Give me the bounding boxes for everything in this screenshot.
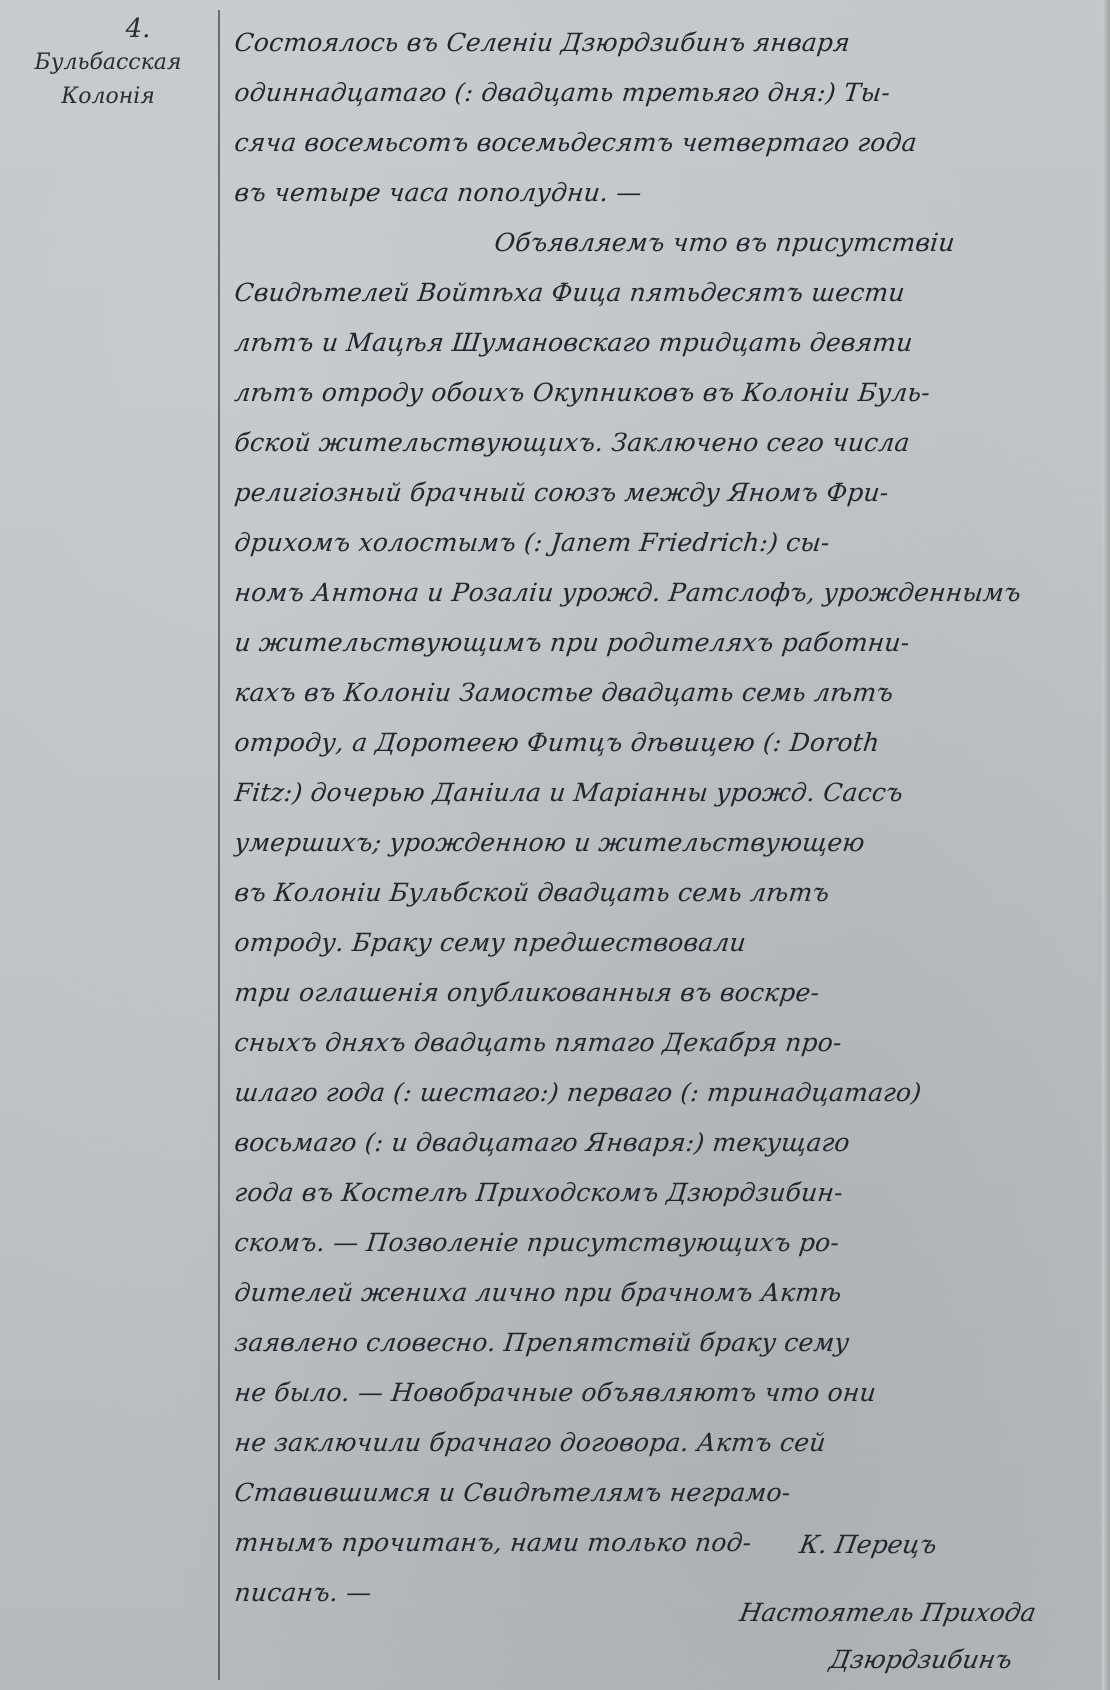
record-line: шлаго года (: шестаго:) перваго (: трина… <box>232 1068 1097 1118</box>
record-line: тнымъ прочитанъ, нами только под- <box>232 1518 1097 1568</box>
record-line: одиннадцатаго (: двадцать третьяго дня:)… <box>232 68 1097 118</box>
record-line: номъ Антона и Розаліи урожд. Ратслофъ, у… <box>232 568 1097 618</box>
record-line: кахъ въ Колоніи Замостье двадцать семь л… <box>232 668 1097 718</box>
page-edge <box>1102 0 1110 1690</box>
record-line: умершихъ; урожденною и жительствующею <box>232 818 1097 868</box>
record-line: восьмаго (: и двадцатаго Января:) текуща… <box>232 1118 1097 1168</box>
record-line: скомъ. — Позволеніе присутствующихъ ро- <box>232 1218 1097 1268</box>
record-line: отроду, а Доротеею Фитцъ дѣвицею (: Doro… <box>232 718 1097 768</box>
record-line: дрихомъ холостымъ (: Janem Friedrich:) с… <box>232 518 1097 568</box>
record-line: въ Колоніи Бульбской двадцать семь лѣтъ <box>232 868 1097 918</box>
record-line: заявлено словесно. Препятствій браку сем… <box>232 1318 1097 1368</box>
record-line: сяча восемьсотъ восемьдесятъ четвертаго … <box>232 118 1097 168</box>
signature-title-line-1: Настоятель Прихода <box>737 1598 1038 1627</box>
record-line: бской жительствующихъ. Заключено сего чи… <box>232 418 1097 468</box>
entry-number: 4. <box>18 14 198 44</box>
signature-title-line-2: Дзюрдзибинъ <box>827 1645 1014 1674</box>
record-line: дителей жениха лично при брачномъ Актѣ <box>232 1268 1097 1318</box>
priest-signature: К. Перецъ <box>797 1530 939 1559</box>
document-page: 4. Бульбасская Колонія Состоялось въ Сел… <box>0 0 1110 1690</box>
record-body: Состоялось въ Селеніи Дзюрдзибинъ января… <box>232 18 1092 1618</box>
record-line: Состоялось въ Селеніи Дзюрдзибинъ января <box>232 18 1097 68</box>
record-line: лѣтъ отроду обоихъ Окупниковъ въ Колоніи… <box>232 368 1097 418</box>
margin-rule <box>218 10 220 1680</box>
record-line: и жительствующимъ при родителяхъ работни… <box>232 618 1097 668</box>
record-line: отроду. Браку сему предшествовали <box>232 918 1097 968</box>
record-line: Свидѣтелей Войтѣха Фица пятьдесятъ шести <box>232 268 1097 318</box>
record-line: религіозный брачный союзъ между Яномъ Фр… <box>232 468 1097 518</box>
margin-annotation: 4. Бульбасская Колонія <box>18 14 198 114</box>
margin-place-line-1: Бульбасская <box>18 46 198 80</box>
record-line: Ставившимся и Свидѣтелямъ неграмо- <box>232 1468 1097 1518</box>
record-line: три оглашенія опубликованныя въ воскре- <box>232 968 1097 1018</box>
record-line: сныхъ дняхъ двадцать пятаго Декабря про- <box>232 1018 1097 1068</box>
record-line: не было. — Новобрачные объявляютъ что он… <box>232 1368 1097 1418</box>
record-line: года въ Костелѣ Приходскомъ Дзюрдзибин- <box>232 1168 1097 1218</box>
margin-place-line-2: Колонія <box>18 80 198 114</box>
record-line: Fitz:) дочерью Даніила и Маріанны урожд.… <box>232 768 1097 818</box>
record-line: въ четыре часа пополудни. — <box>232 168 1097 218</box>
record-line: лѣтъ и Мацѣя Шумановскаго тридцать девят… <box>232 318 1097 368</box>
record-line: Объявляемъ что въ присутствіи <box>232 218 1097 268</box>
record-line: не заключили брачнаго договора. Актъ сей <box>232 1418 1097 1468</box>
